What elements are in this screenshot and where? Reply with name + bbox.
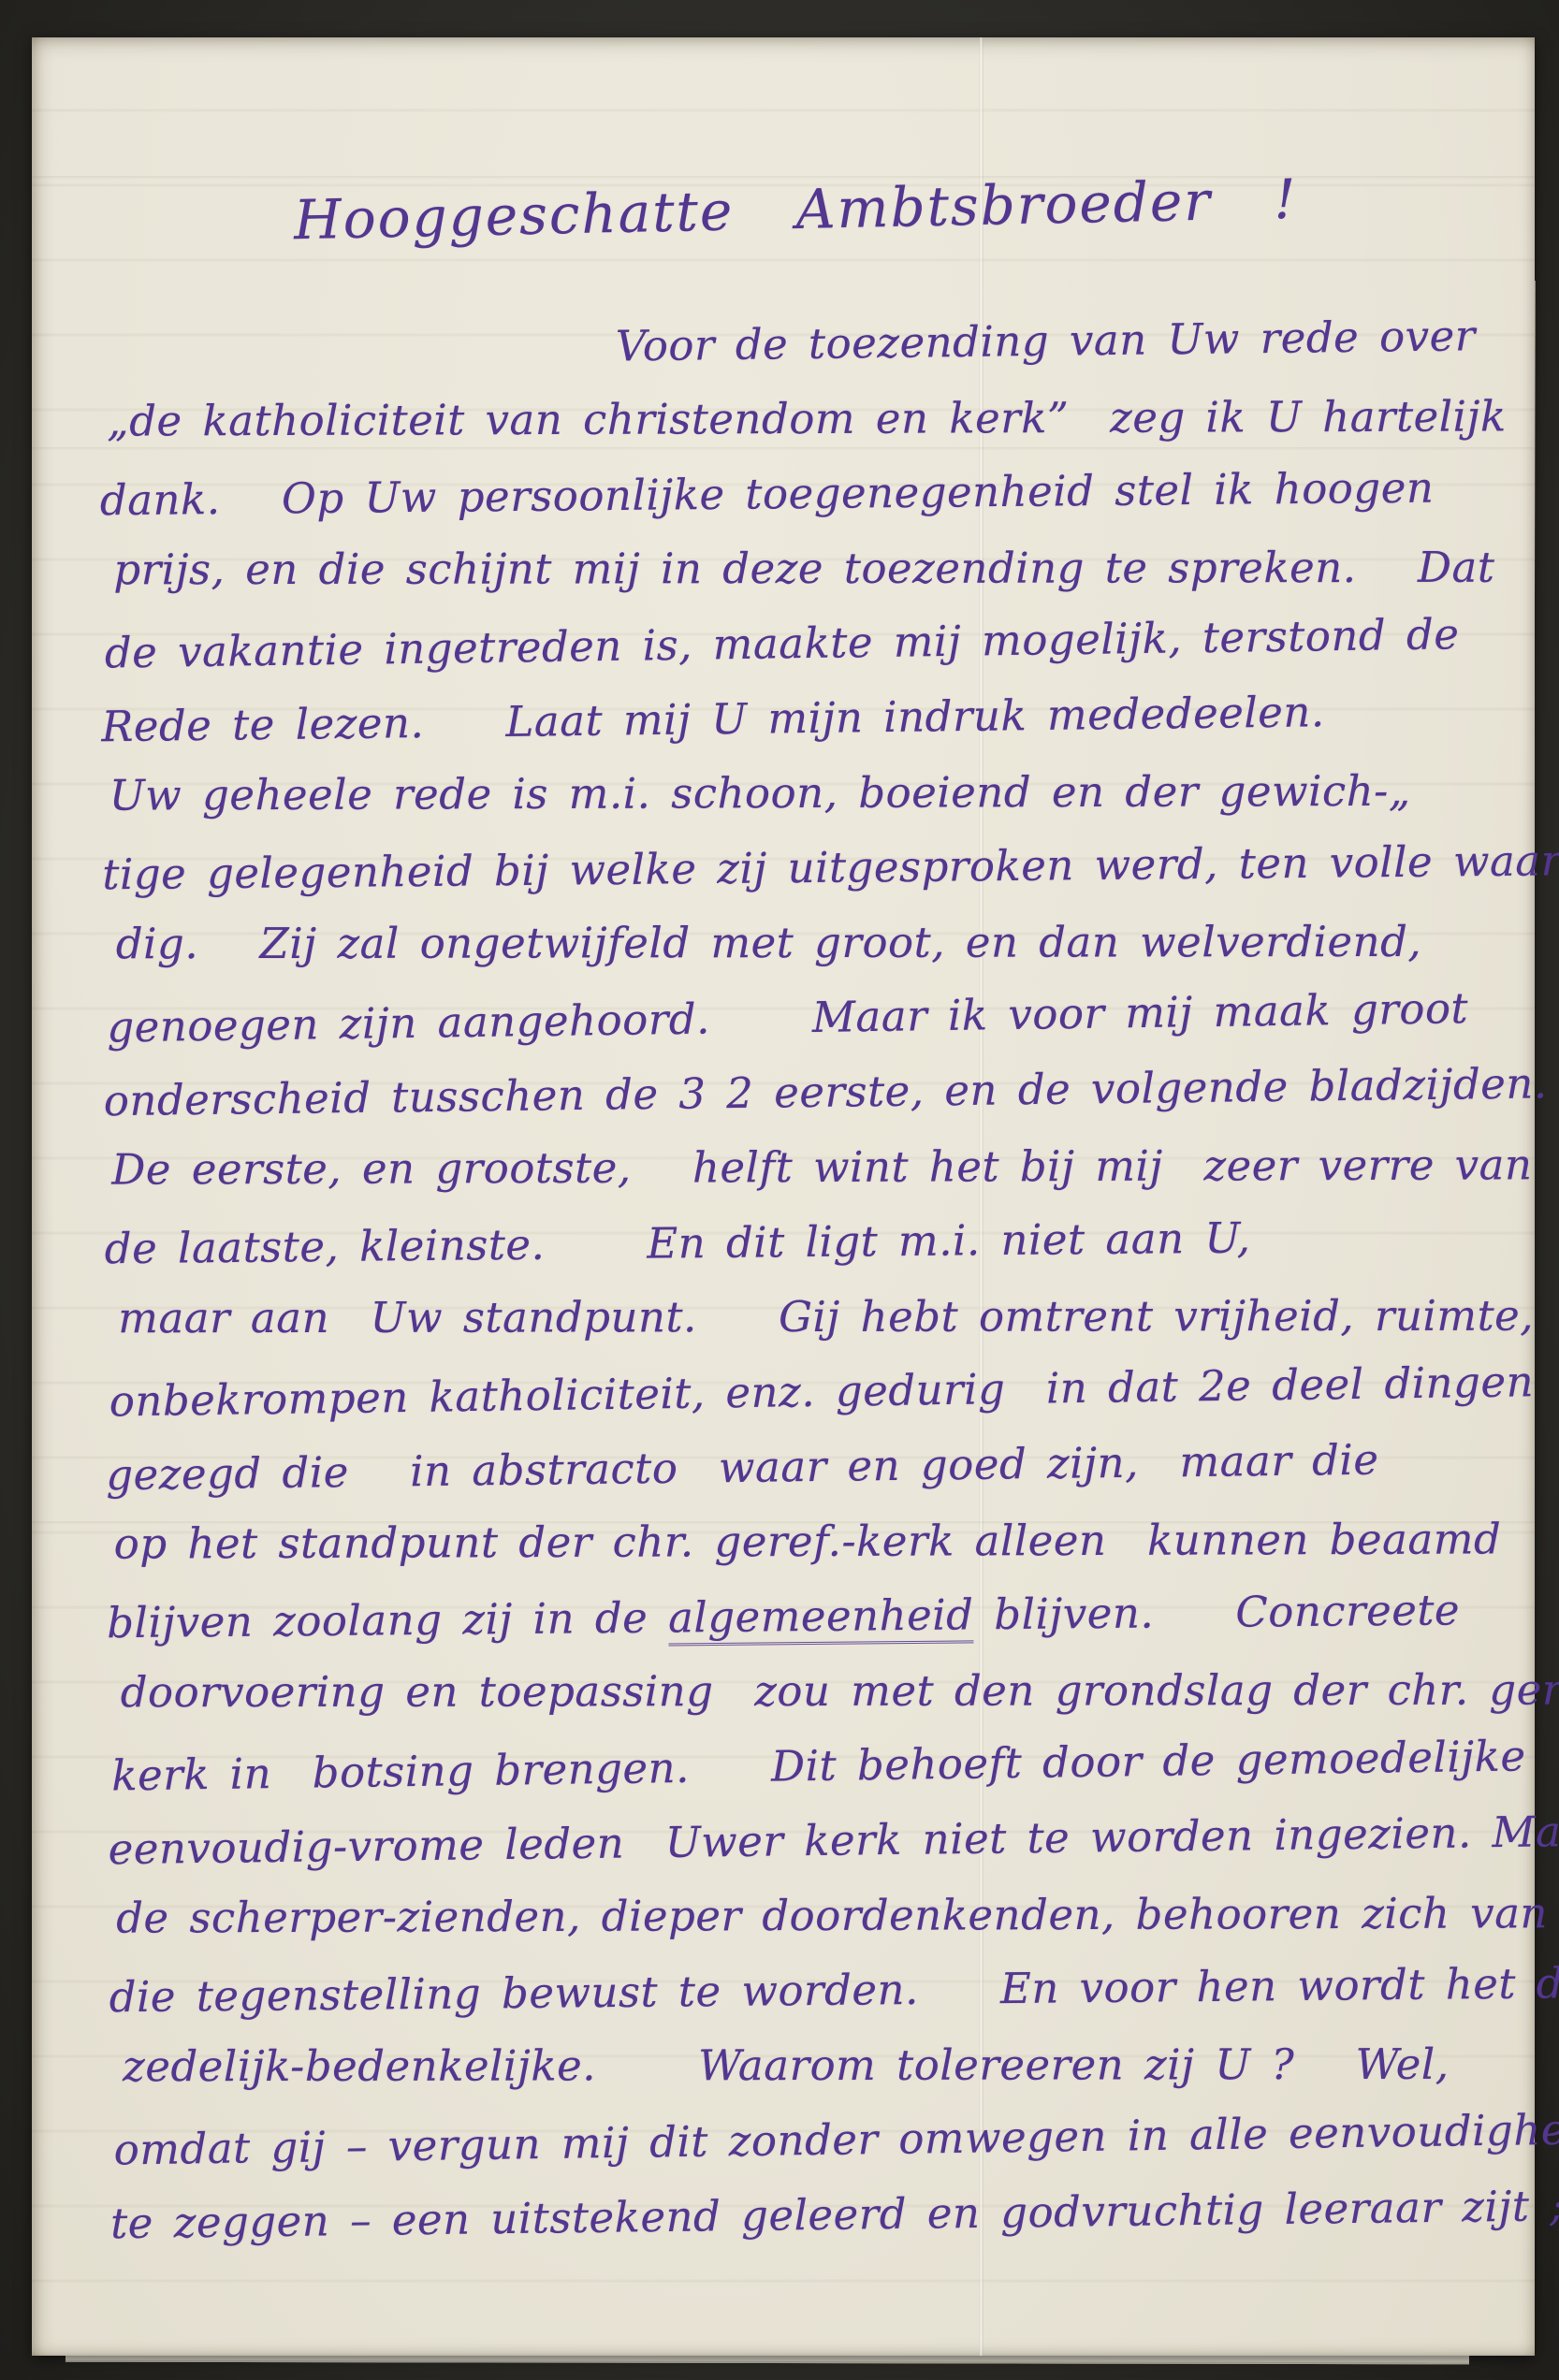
letter-line: „de katholiciteit van christendom en ker… [99, 379, 1510, 458]
letter-line: prijs, en die schijnt mij in deze toezen… [100, 530, 1511, 608]
letter-line: Uw geheele rede is m.i. schoon, boeiend … [102, 753, 1513, 833]
letter-line: op het standpunt der chr. geref.-kerk al… [107, 1502, 1518, 1581]
letter-line: de scherper-zienden, dieper doordenkende… [109, 1876, 1520, 1955]
letter-line: die tegenstelling bewust te worden. En v… [109, 1947, 1521, 2035]
line-text: blijven zoolang zij in de [107, 1592, 668, 1647]
letter-line: doorvoering en toepassing zou met den gr… [108, 1653, 1519, 1731]
letter-line: Rede te lezen. Laat mij U mijn indruk me… [101, 673, 1513, 764]
letter-line: eenvoudig-vrome leden Uwer kerk niet te … [108, 1795, 1520, 1887]
letter-line: De eerste, en grootste, helft wint het b… [104, 1127, 1515, 1207]
handwriting-layer: Hooggeschatte Ambtsbroeder ! Voor de toe… [32, 37, 1535, 2356]
letter-line: onderscheid tusschen de 3 2 eerste, en d… [103, 1047, 1515, 1139]
letter-salutation: Hooggeschatte Ambtsbroeder ! [293, 167, 1298, 252]
letter-lines: Voor de toezending van Uw rede over„de k… [99, 302, 1523, 2257]
letter-line: tige gelegenheid bij welke zij uitgespro… [102, 824, 1514, 912]
letter-line: Voor de toezending van Uw rede over [98, 298, 1510, 390]
letter-line: de laatste, kleinste. En dit ligt m.i. n… [104, 1198, 1516, 1286]
letter-line: maar aan Uw standpunt. Gij hebt omtrent … [105, 1279, 1516, 1357]
letter-line: te zeggen – een uitstekend geleerd en go… [110, 2170, 1523, 2261]
letter-page: Hooggeschatte Ambtsbroeder ! Voor de toe… [32, 37, 1535, 2356]
letter-line: blijven zoolang zij in de algemeenheid b… [107, 1573, 1519, 1661]
letter-line: dig. Zij zal ongetwijfeld met groot, en … [103, 905, 1514, 982]
underlined-word: algemeenheid [668, 1589, 974, 1646]
letter-line: gezegd die in abstracto waar en goed zij… [106, 1421, 1518, 1513]
line-text: blijven. Concreete [973, 1585, 1460, 1639]
letter-line: dank. Op Uw persoonlijke toegenegenheid … [100, 450, 1512, 538]
letter-line: zedelijk-bedenkelijke. Waarom tolereeren… [109, 2027, 1521, 2105]
